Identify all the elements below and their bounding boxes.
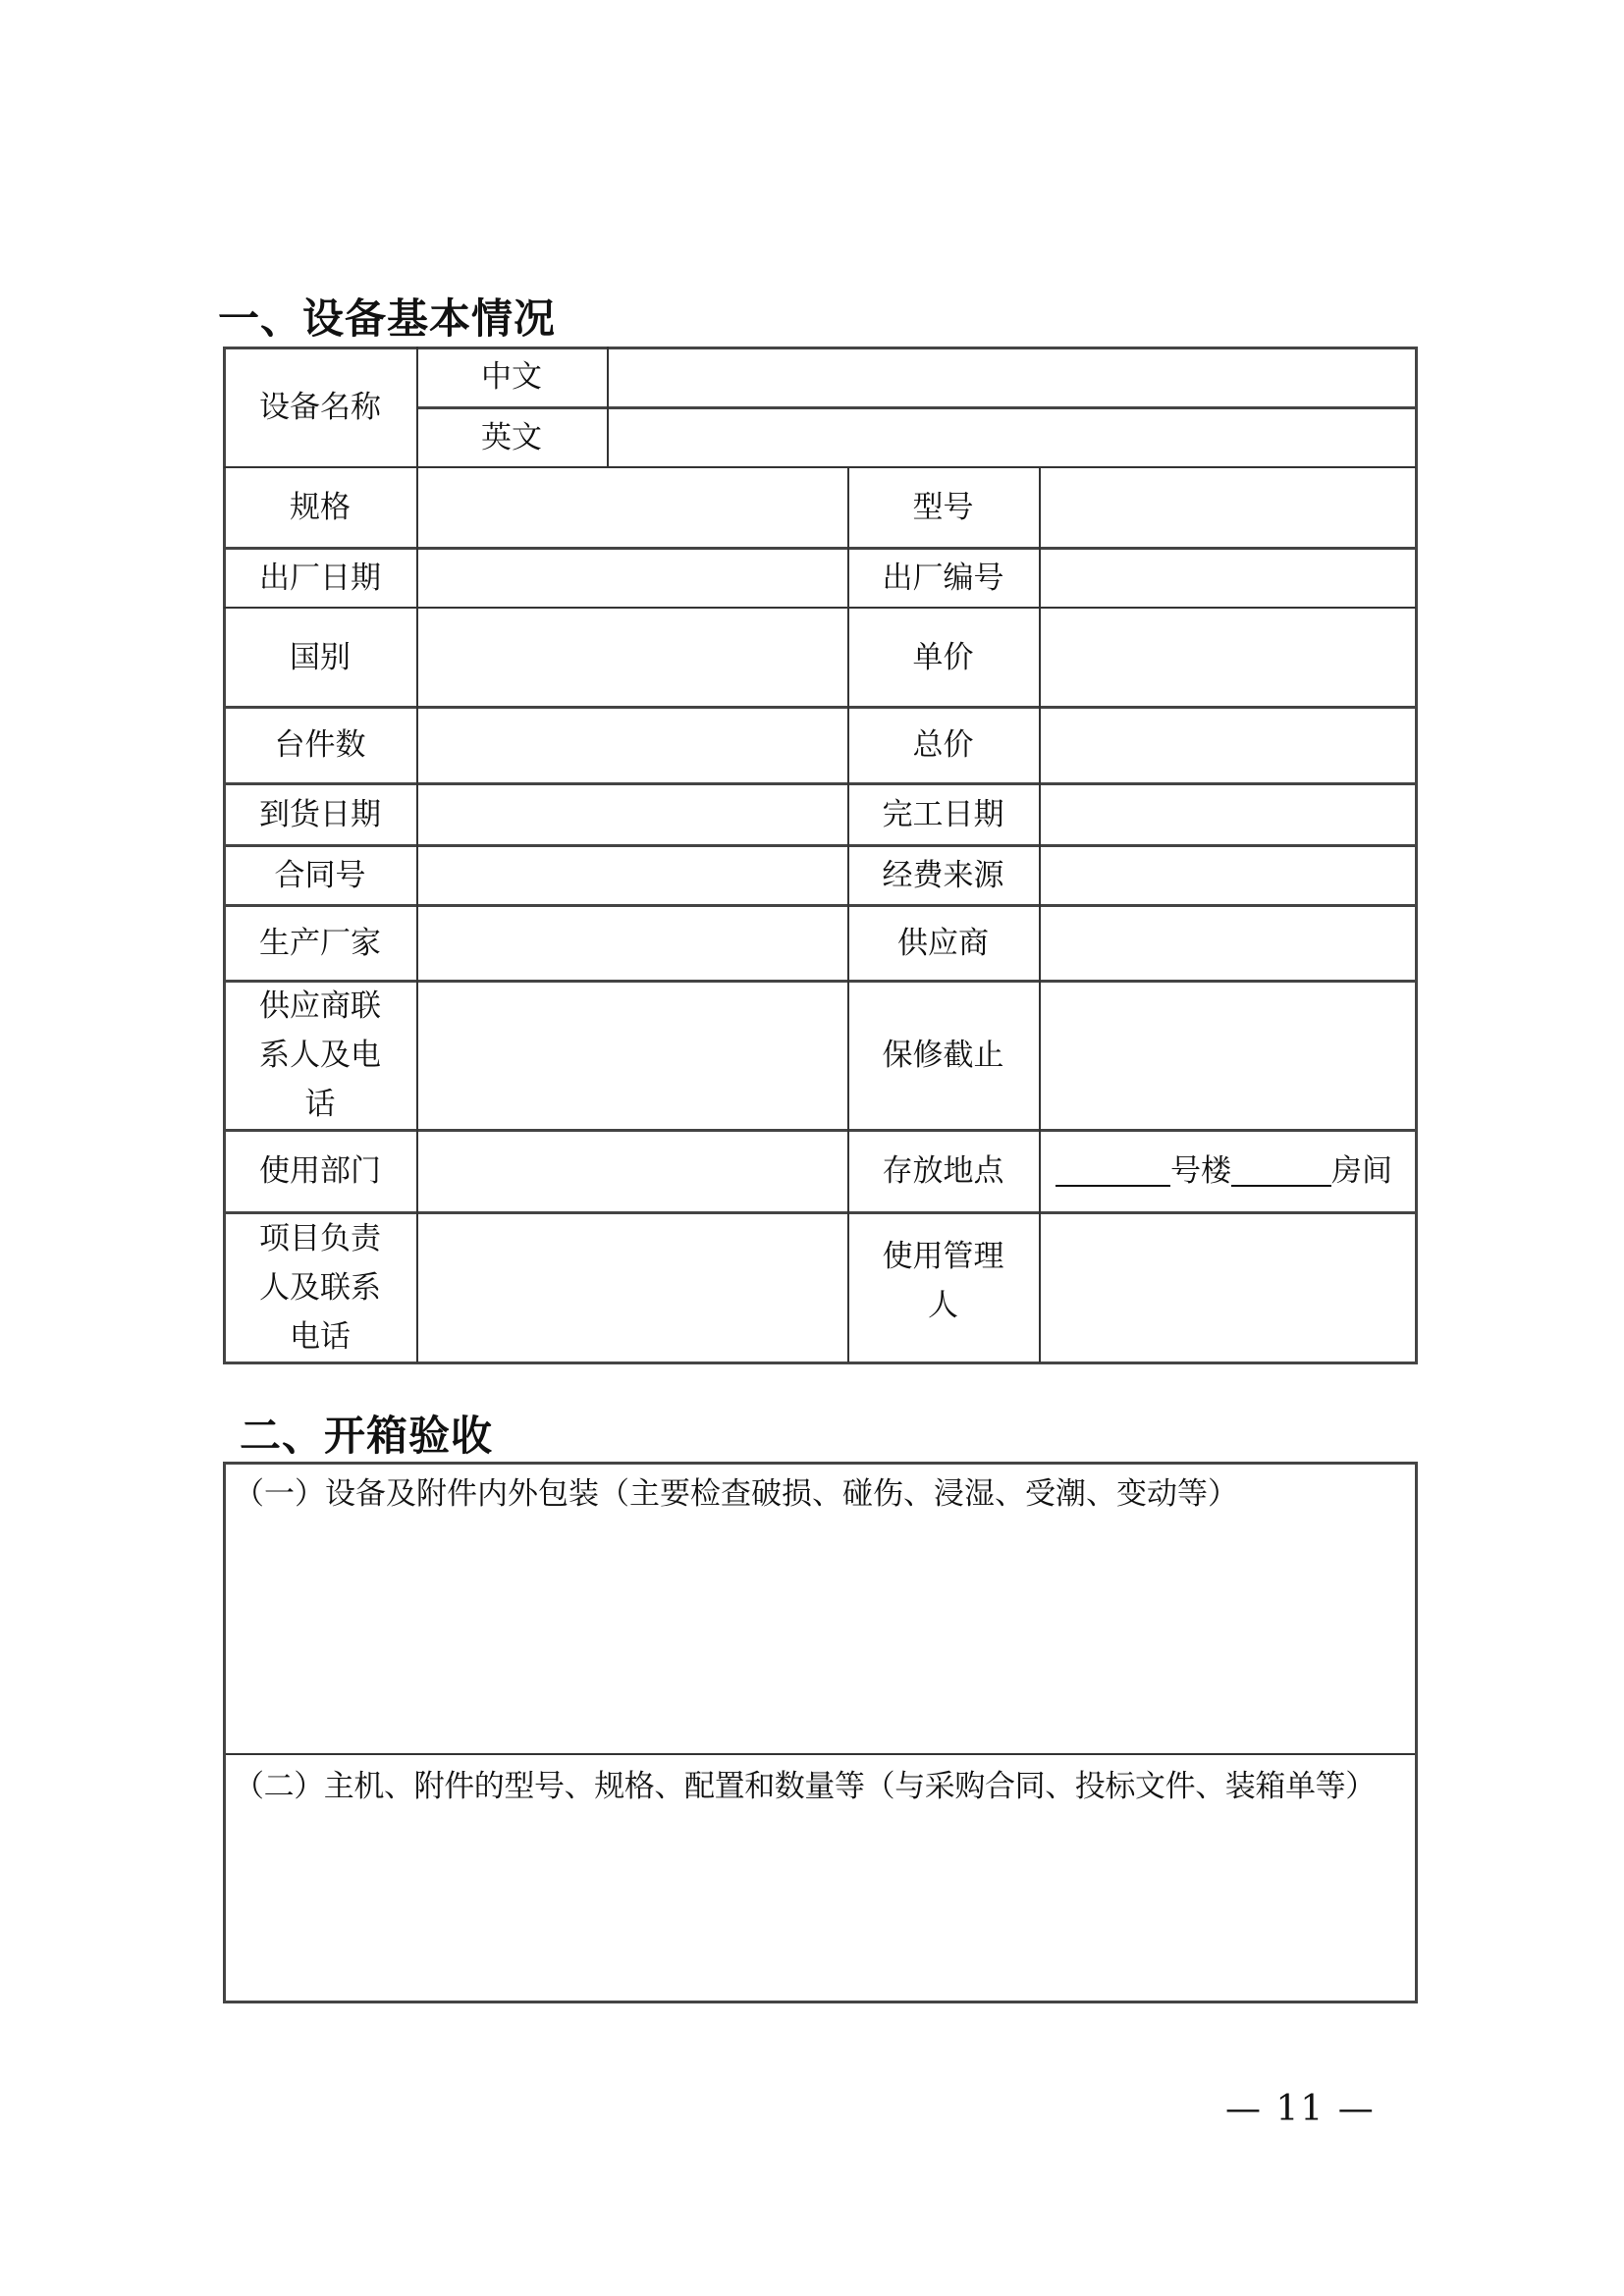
label-text: 规格 (290, 483, 351, 532)
building-suffix: 号楼 (1170, 1147, 1231, 1196)
field-name-chinese[interactable] (609, 348, 1414, 405)
label-text: 单价 (913, 633, 974, 682)
field-completion-date[interactable] (1041, 785, 1414, 843)
label-equipment-name: 设备名称 (224, 347, 416, 467)
label-project-lead-contact: 项目负责 人及联系 电话 (224, 1212, 416, 1362)
label-contract-number: 合同号 (224, 845, 416, 905)
label-text: 经费来源 (883, 851, 1004, 900)
label-text: 使用部门 (259, 1147, 381, 1196)
label-equipment-manager: 使用管理 人 (847, 1212, 1039, 1362)
field-total-price[interactable] (1041, 709, 1414, 781)
label-text: 使用管理 人 (883, 1232, 1004, 1330)
label-supplier-contact: 供应商联 系人及电 话 (224, 981, 416, 1130)
box-divider (224, 1753, 1416, 1755)
label-supplier: 供应商 (847, 905, 1039, 981)
label-manufacturer: 生产厂家 (224, 905, 416, 981)
label-text: 中文 (481, 352, 542, 401)
field-serial-number[interactable] (1041, 550, 1414, 606)
label-model: 型号 (847, 467, 1039, 548)
box-border-bottom (224, 2001, 1418, 2003)
label-arrival-date: 到货日期 (224, 783, 416, 845)
field-using-department[interactable] (418, 1132, 845, 1210)
field-unit-price[interactable] (1041, 610, 1414, 705)
label-text: 合同号 (275, 851, 366, 900)
label-text: 保修截止 (883, 1031, 1004, 1080)
input-room-number[interactable] (1231, 1155, 1331, 1187)
box-border-right (1415, 1462, 1418, 2003)
box-border-top (224, 1462, 1418, 1465)
inspection-item-packaging-label: （一）设备及附件内外包装（主要检查破损、碰伤、浸湿、受潮、变动等） (234, 1469, 1407, 1519)
label-text: 设备名称 (259, 383, 381, 432)
label-using-department: 使用部门 (224, 1130, 416, 1212)
label-text: 生产厂家 (259, 919, 381, 968)
field-storage-location: 号楼 房间 (1041, 1130, 1414, 1212)
label-completion-date: 完工日期 (847, 783, 1039, 845)
field-model[interactable] (1041, 469, 1414, 546)
label-text: 出厂日期 (259, 554, 381, 603)
label-specification: 规格 (224, 467, 416, 548)
label-text: 供应商 (897, 919, 989, 968)
label-warranty-end: 保修截止 (847, 981, 1039, 1130)
label-text: 供应商联 系人及电 话 (259, 982, 381, 1129)
label-text: 到货日期 (259, 790, 381, 839)
label-text: 总价 (913, 721, 974, 770)
label-text: 国别 (290, 633, 351, 682)
label-text: 项目负责 人及联系 电话 (259, 1214, 381, 1362)
section-title-basic-info: 一、设备基本情况 (218, 294, 556, 344)
label-chinese: 中文 (416, 347, 607, 407)
field-supplier[interactable] (1041, 907, 1414, 979)
label-text: 出厂编号 (883, 554, 1004, 603)
label-text: 台件数 (275, 721, 366, 770)
label-storage-location: 存放地点 (847, 1130, 1039, 1212)
field-equipment-manager[interactable] (1041, 1214, 1414, 1361)
label-text: 完工日期 (883, 790, 1004, 839)
section-title-unpacking-inspection: 二、开箱验收 (240, 1412, 493, 1461)
field-manufacturer[interactable] (418, 907, 845, 979)
field-arrival-date[interactable] (418, 785, 845, 843)
page-number: — 11 — (1225, 2089, 1376, 2129)
field-quantity[interactable] (418, 709, 845, 781)
label-unit-price: 单价 (847, 608, 1039, 707)
label-serial-number: 出厂编号 (847, 548, 1039, 608)
label-funding-source: 经费来源 (847, 845, 1039, 905)
label-total-price: 总价 (847, 707, 1039, 783)
label-english: 英文 (416, 407, 607, 467)
field-warranty-end[interactable] (1041, 983, 1414, 1128)
label-country: 国别 (224, 608, 416, 707)
field-manufacture-date[interactable] (418, 550, 845, 606)
inspection-item-configuration-field[interactable] (226, 1865, 1414, 1999)
field-contract-number[interactable] (418, 847, 845, 903)
field-country[interactable] (418, 610, 845, 705)
label-quantity: 台件数 (224, 707, 416, 783)
field-project-lead-contact[interactable] (418, 1214, 845, 1361)
inspection-item-configuration-label: （二）主机、附件的型号、规格、配置和数量等（与采购合同、投标文件、装箱单等） (234, 1762, 1407, 1811)
room-suffix: 房间 (1331, 1147, 1392, 1196)
field-funding-source[interactable] (1041, 847, 1414, 903)
inspection-item-packaging-field[interactable] (226, 1522, 1414, 1751)
input-building-number[interactable] (1056, 1155, 1170, 1187)
field-specification[interactable] (418, 469, 845, 546)
field-name-english[interactable] (609, 409, 1414, 465)
label-text: 英文 (481, 413, 542, 462)
label-text: 存放地点 (883, 1147, 1004, 1196)
label-text: 型号 (913, 483, 974, 532)
label-manufacture-date: 出厂日期 (224, 548, 416, 608)
field-supplier-contact[interactable] (418, 983, 845, 1128)
